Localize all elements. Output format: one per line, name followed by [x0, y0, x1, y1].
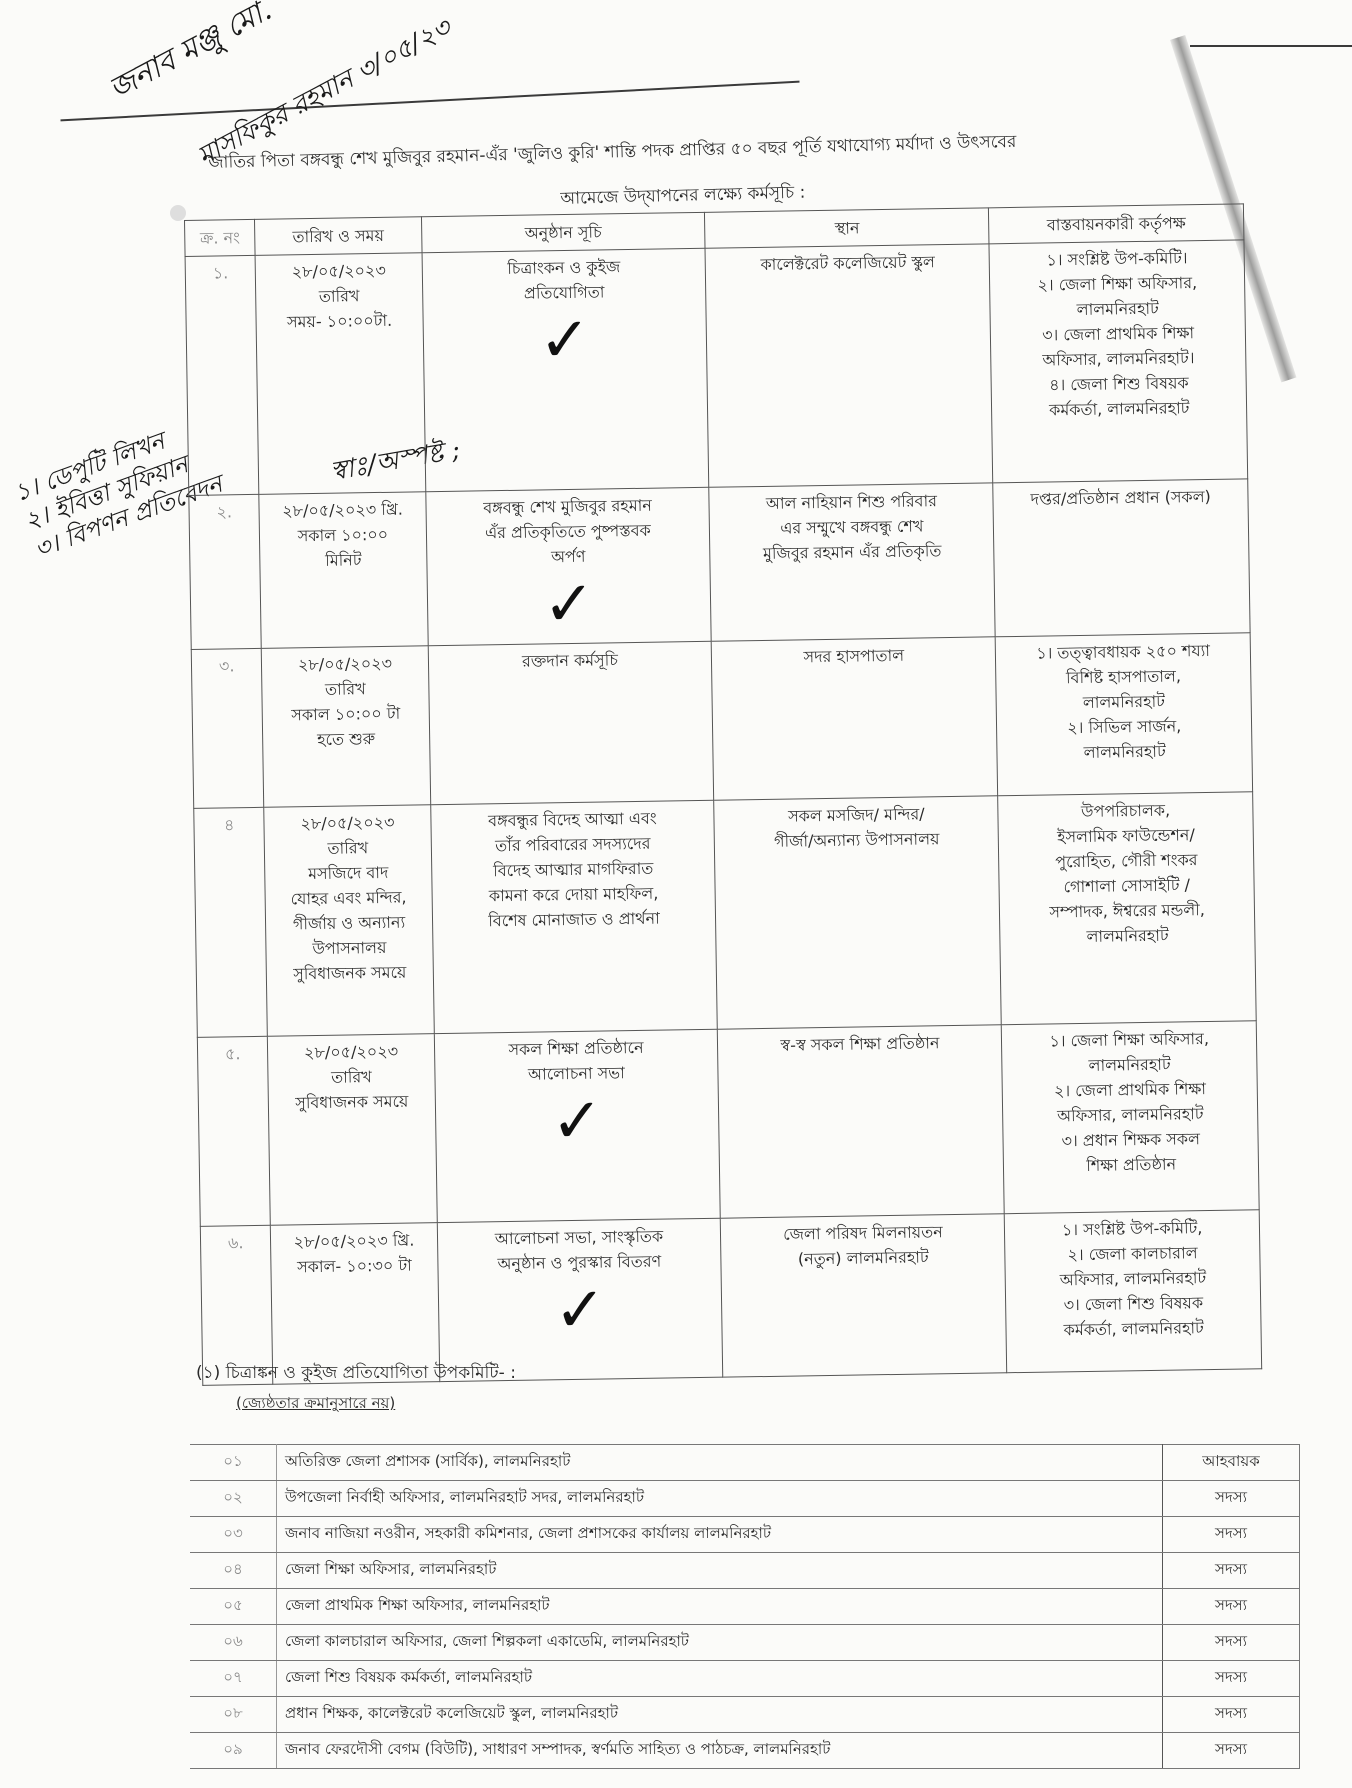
faded-stamp	[170, 205, 186, 221]
program-row: ১.২৮/০৫/২০২৩ তারিখ সময়- ১০:০০টা.চিত্রাং…	[185, 240, 1248, 496]
member-row: ০৩জনাব নাজিয়া নওরীন, সহকারী কমিশনার, জে…	[190, 1517, 1300, 1553]
member-name: জেলা শিশু বিষয়ক কর্মকর্তা, লালমনিরহাট	[277, 1661, 1163, 1697]
header-date-time: তারিখ ও সময়	[255, 217, 422, 256]
authority-cell: ১। তত্ত্বাবধায়ক ২৫০ শয্যা বিশিষ্ট হাসপা…	[996, 633, 1253, 796]
venue-cell: কালেক্টরেট কলেজিয়েট স্কুল	[705, 244, 993, 487]
member-name: জেলা প্রাথমিক শিক্ষা অফিসার, লালমনিরহাট	[277, 1589, 1163, 1625]
member-role: সদস্য	[1163, 1661, 1300, 1697]
member-role: সদস্য	[1163, 1697, 1300, 1733]
member-row: ০৪জেলা শিক্ষা অফিসার, লালমনিরহাটসদস্য	[190, 1553, 1300, 1589]
member-row: ০২উপজেলা নির্বাহী অফিসার, লালমনিরহাট সদর…	[190, 1481, 1300, 1517]
serial-cell: ১.	[185, 255, 259, 495]
authority-cell: ১। সংশ্লিষ্ট উপ-কমিটি, ২। জেলা কালচারাল …	[1005, 1210, 1262, 1373]
member-role: সদস্য	[1163, 1553, 1300, 1589]
member-row: ০১অতিরিক্ত জেলা প্রশাসক (সার্বিক), লালমন…	[190, 1445, 1300, 1481]
venue-cell-text: জেলা পরিষদ মিলনায়তন (নতুন) লালমনিরহাট	[783, 1222, 943, 1268]
member-number: ০৬	[190, 1625, 277, 1661]
member-name: অতিরিক্ত জেলা প্রশাসক (সার্বিক), লালমনির…	[277, 1445, 1163, 1481]
date-time-cell-text: ২৮/০৫/২০২৩ খ্রি. সকাল- ১০:৩০ টা	[294, 1231, 415, 1277]
venue-cell: আল নাহিয়ান শিশু পরিবার এর সম্মুখে বঙ্গব…	[709, 483, 995, 641]
date-time-cell-text: ২৮/০৫/২০২৩ তারিখ সকাল ১০:০০ টা হতে শুরু	[291, 654, 400, 749]
checkmark-icon: ✓	[446, 1273, 714, 1347]
header-event: অনুষ্ঠান সূচি	[421, 212, 705, 252]
member-number: ০৫	[190, 1589, 277, 1625]
authority-cell: ১। সংশ্লিষ্ট উপ-কমিটি। ২। জেলা শিক্ষা অফ…	[989, 240, 1247, 483]
venue-cell-text: আল নাহিয়ান শিশু পরিবার এর সম্মুখে বঙ্গব…	[763, 491, 942, 563]
event-cell: সকল শিক্ষা প্রতিষ্ঠানে আলোচনা সভা✓	[434, 1029, 721, 1222]
event-cell-text: রক্তদান কর্মসূচি	[522, 650, 618, 671]
program-row: ৫.২৮/০৫/২০২৩ তারিখ সুবিধাজনক সময়েসকল শি…	[197, 1021, 1259, 1227]
checkmark-icon	[441, 930, 708, 934]
venue-cell-text: সদর হাসপাতাল	[803, 646, 904, 667]
program-row: ২.২৮/০৫/২০২৩ খ্রি. সকাল ১০:০০ মিনিটবঙ্গব…	[189, 479, 1250, 650]
event-cell: বঙ্গবন্ধুর বিদেহ আত্মা এবং তাঁর পরিবারের…	[430, 800, 717, 1033]
authority-cell: দপ্তর/প্রতিষ্ঠান প্রধান (সকল)	[993, 479, 1250, 637]
program-row: ৩.২৮/০৫/২০২৩ তারিখ সকাল ১০:০০ টা হতে শুর…	[191, 633, 1252, 809]
serial-cell-text: ১.	[213, 263, 229, 282]
authority-cell-text: ১। জেলা শিক্ষা অফিসার, লালমনিরহাট ২। জেল…	[1049, 1029, 1209, 1175]
serial-cell-text: ৫.	[225, 1044, 241, 1063]
member-number: ০৩	[190, 1517, 277, 1553]
date-time-cell: ২৮/০৫/২০২৩ তারিখ সকাল ১০:০০ টা হতে শুরু	[262, 646, 431, 808]
event-cell: আলোচনা সভা, সাংস্কৃতিক অনুষ্ঠান ও পুরস্ক…	[437, 1218, 723, 1381]
serial-cell: ২.	[189, 494, 262, 649]
member-role: সদস্য	[1163, 1733, 1300, 1769]
member-name: জেলা কালচারাল অফিসার, জেলা শিল্পকলা একাড…	[277, 1625, 1163, 1661]
member-row: ০৫জেলা প্রাথমিক শিক্ষা অফিসার, লালমনিরহা…	[190, 1589, 1300, 1625]
authority-cell-text: উপপরিচালক, ইসলামিক ফাউন্ডেশন/ পুরোহিত, গ…	[1049, 801, 1205, 946]
venue-cell: জেলা পরিষদ মিলনায়তন (নতুন) লালমনিরহাট	[721, 1214, 1007, 1377]
scanned-page: জনাব মঞ্জু মো. মাসফিকুর রহমান ৩/০৫/২৩ ১।…	[0, 0, 1352, 1788]
checkmark-icon: ✓	[443, 1084, 711, 1158]
date-time-cell: ২৮/০৫/২০২৩ খ্রি. সকাল ১০:০০ মিনিট	[259, 492, 427, 649]
date-time-cell: ২৮/০৫/২০২৩ তারিখ সময়- ১০:০০টা.	[255, 253, 425, 495]
scan-border-line	[1190, 45, 1352, 47]
checkmark-icon: ✓	[435, 567, 703, 641]
member-number: ০৪	[190, 1553, 277, 1589]
member-row: ০৬জেলা কালচারাল অফিসার, জেলা শিল্পকলা এক…	[190, 1625, 1300, 1661]
header-venue: স্থান	[705, 208, 989, 248]
member-row: ০৯জনাব ফেরদৌসী বেগম (বিউটি), সাধারণ সম্প…	[190, 1733, 1300, 1769]
serial-cell: ৫.	[197, 1036, 270, 1226]
member-number: ০১	[190, 1445, 277, 1481]
member-name: জনাব ফেরদৌসী বেগম (বিউটি), সাধারণ সম্পাদ…	[277, 1733, 1163, 1769]
member-number: ০৯	[190, 1733, 277, 1769]
member-name: জেলা শিক্ষা অফিসার, লালমনিরহাট	[277, 1553, 1163, 1589]
member-number: ০৭	[190, 1661, 277, 1697]
document-subtitle: আমেজে উদ্‌যাপনের লক্ষ্যে কর্মসূচি :	[560, 180, 806, 214]
member-role: সদস্য	[1163, 1517, 1300, 1553]
authority-cell-text: ১। সংশ্লিষ্ট উপ-কমিটি, ২। জেলা কালচারাল …	[1060, 1218, 1207, 1339]
venue-cell: সদর হাসপাতাল	[712, 637, 998, 800]
member-row: ০৮প্রধান শিক্ষক, কালেক্টরেট কলেজিয়েট স্…	[190, 1697, 1300, 1733]
venue-cell-text: স্ব-স্ব সকল শিক্ষা প্রতিষ্ঠান	[780, 1033, 939, 1054]
checkmark-icon: ✓	[431, 303, 699, 377]
member-name: জনাব নাজিয়া নওরীন, সহকারী কমিশনার, জেলা…	[277, 1517, 1163, 1553]
member-role: সদস্য	[1163, 1481, 1300, 1517]
member-role: আহবায়ক	[1163, 1445, 1300, 1481]
member-role: সদস্য	[1163, 1589, 1300, 1625]
program-table: ক্র. নং তারিখ ও সময় অনুষ্ঠান সূচি স্থান…	[184, 203, 1262, 1386]
serial-cell: ৩.	[191, 648, 264, 808]
venue-cell-text: কালেক্টরেট কলেজিয়েট স্কুল	[760, 252, 935, 274]
authority-cell-text: ১। তত্ত্বাবধায়ক ২৫০ শয্যা বিশিষ্ট হাসপা…	[1036, 641, 1210, 762]
date-time-cell-text: ২৮/০৫/২০২৩ তারিখ সময়- ১০:০০টা.	[287, 261, 392, 332]
header-serial: ক্র. নং	[185, 219, 256, 256]
member-number: ০৮	[190, 1697, 277, 1733]
member-number: ০২	[190, 1481, 277, 1517]
date-time-cell: ২৮/০৫/২০২৩ তারিখ সুবিধাজনক সময়ে	[268, 1034, 437, 1226]
event-cell-text: চিত্রাংকন ও কুইজ প্রতিযোগিতা	[507, 257, 620, 303]
venue-cell: সকল মসজিদ/ মন্দির/ গীর্জা/অন্যান্য উপাসন…	[714, 796, 1002, 1029]
serial-cell: ৪	[194, 807, 268, 1037]
serial-cell-text: ৬.	[228, 1233, 244, 1252]
event-cell: বঙ্গবন্ধু শেখ মুজিবুর রহমান এঁর প্রতিকৃত…	[425, 487, 711, 645]
authority-cell-text: ১। সংশ্লিষ্ট উপ-কমিটি। ২। জেলা শিক্ষা অফ…	[1037, 248, 1197, 419]
event-cell-text: বঙ্গবন্ধু শেখ মুজিবুর রহমান এঁর প্রতিকৃত…	[483, 496, 652, 567]
authority-cell-text: দপ্তর/প্রতিষ্ঠান প্রধান (সকল)	[1030, 487, 1211, 509]
subcommittee-heading: (১) চিত্রাঙ্কন ও কুইজ প্রতিযোগিতা উপকমিট…	[196, 1360, 516, 1388]
date-time-cell-text: ২৮/০৫/২০২৩ খ্রি. সকাল ১০:০০ মিনিট	[282, 500, 403, 570]
date-time-cell-text: ২৮/০৫/২০২৩ তারিখ মসজিদে বাদ যোহর এবং মন্…	[291, 813, 407, 984]
program-row: ৬.২৮/০৫/২০২৩ খ্রি. সকাল- ১০:৩০ টাআলোচনা …	[200, 1210, 1261, 1386]
header-authority: বাস্তবায়নকারী কর্তৃপক্ষ	[989, 204, 1244, 244]
members-table: ০১অতিরিক্ত জেলা প্রশাসক (সার্বিক), লালমন…	[190, 1444, 1300, 1769]
member-role: সদস্য	[1163, 1625, 1300, 1661]
authority-cell: উপপরিচালক, ইসলামিক ফাউন্ডেশন/ পুরোহিত, গ…	[998, 792, 1256, 1025]
venue-cell-text: সকল মসজিদ/ মন্দির/ গীর্জা/অন্যান্য উপাসন…	[774, 804, 940, 850]
member-name: উপজেলা নির্বাহী অফিসার, লালমনিরহাট সদর, …	[277, 1481, 1163, 1517]
member-name: প্রধান শিক্ষক, কালেক্টরেট কলেজিয়েট স্কু…	[277, 1697, 1163, 1733]
event-cell: রক্তদান কর্মসূচি	[428, 641, 714, 804]
date-time-cell-text: ২৮/০৫/২০২৩ তারিখ সুবিধাজনক সময়ে	[295, 1042, 408, 1113]
program-row: ৪২৮/০৫/২০২৩ তারিখ মসজিদে বাদ যোহর এবং মন…	[194, 792, 1256, 1038]
event-cell-text: সকল শিক্ষা প্রতিষ্ঠানে আলোচনা সভা	[508, 1038, 643, 1084]
serial-cell-text: ২.	[216, 502, 232, 521]
serial-cell-text: ৩.	[219, 656, 235, 675]
date-time-cell: ২৮/০৫/২০২৩ তারিখ মসজিদে বাদ যোহর এবং মন্…	[264, 805, 434, 1037]
authority-cell: ১। জেলা শিক্ষা অফিসার, লালমনিরহাট ২। জেল…	[1002, 1021, 1260, 1214]
document-title: জাতির পিতা বঙ্গবন্ধু শেখ মুজিবুর রহমান-এ…	[208, 124, 1208, 178]
venue-cell: স্ব-স্ব সকল শিক্ষা প্রতিষ্ঠান	[718, 1025, 1005, 1218]
event-cell-text: আলোচনা সভা, সাংস্কৃতিক অনুষ্ঠান ও পুরস্ক…	[495, 1227, 664, 1274]
serial-cell-text: ৪	[224, 815, 235, 834]
event-cell-text: বঙ্গবন্ধুর বিদেহ আত্মা এবং তাঁর পরিবারের…	[488, 809, 660, 931]
checkmark-icon	[437, 671, 704, 675]
member-row: ০৭জেলা শিশু বিষয়ক কর্মকর্তা, লালমনিরহাট…	[190, 1661, 1300, 1697]
handwritten-note-top: জনাব মঞ্জু মো.	[100, 0, 282, 115]
event-cell: চিত্রাংকন ও কুইজ প্রতিযোগিতা✓	[422, 248, 710, 491]
subcommittee-note: (জ্যেষ্ঠতার ক্রমানুসারে নয়)	[236, 1392, 395, 1417]
